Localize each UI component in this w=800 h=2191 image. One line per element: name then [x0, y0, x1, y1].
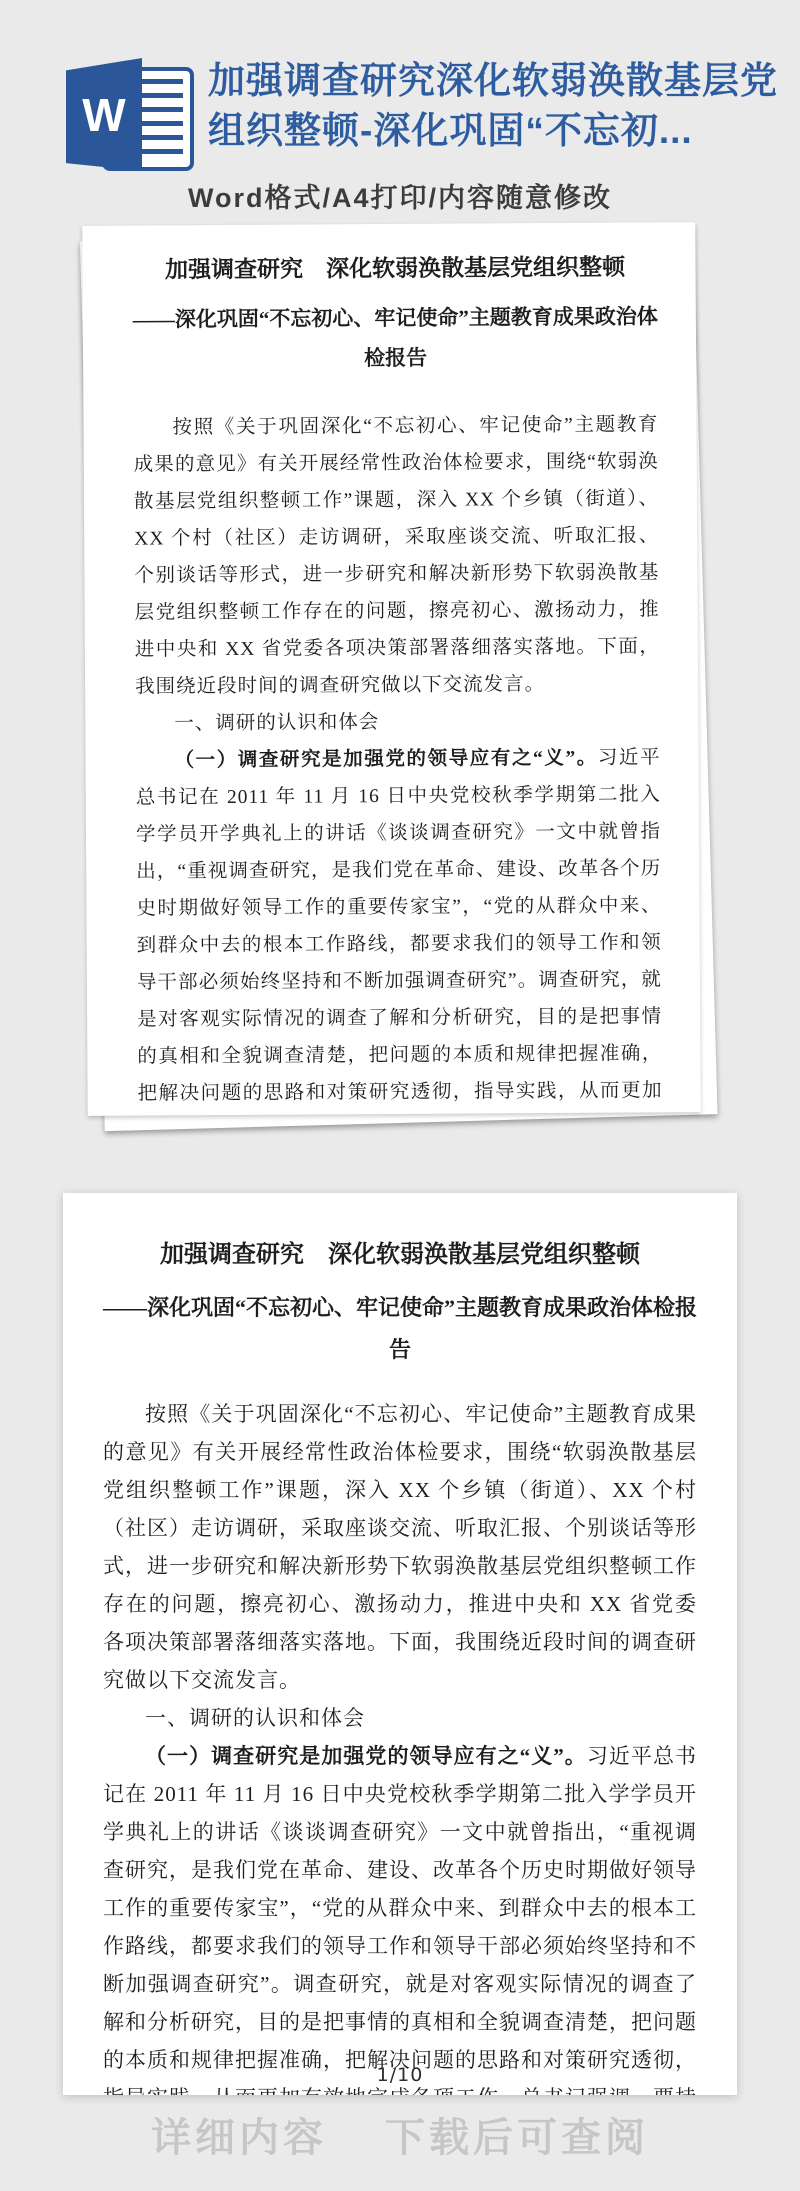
footer-note: 详细内容下载后可查阅	[0, 2106, 800, 2163]
header-subtitle: Word格式/A4打印/内容随意修改	[0, 176, 800, 215]
document-paragraph-1: 按照《关于巩固深化“不忘初心、牢记使命”主题教育成果的意见》有关开展经常性政治体…	[133, 406, 660, 705]
document-title: 加强调查研究 深化软弱涣散基层党组织整顿	[132, 250, 657, 287]
paragraph-2-body: 习近平总书记在 2011 年 11 月 16 日中央党校秋季学期第二批入学学员开…	[103, 1744, 697, 2095]
word-icon-letter: W	[82, 92, 125, 138]
word-icon-cover: W	[66, 58, 142, 171]
document-paragraph-2: （一）调查研究是加强党的领导应有之“义”。习近平总书记在 2011 年 11 月…	[103, 1737, 697, 2095]
document-section-heading: 一、调研的认识和体会	[103, 1699, 697, 1737]
document-section-heading: 一、调研的认识和体会	[135, 702, 660, 742]
document-paragraph-1: 按照《关于巩固深化“不忘初心、牢记使命”主题教育成果的意见》有关开展经常性政治体…	[103, 1395, 697, 1699]
document-title: 加强调查研究 深化软弱涣散基层党组织整顿	[103, 1237, 697, 1273]
page-number: 1/10	[63, 2064, 737, 2086]
word-file-icon: W	[66, 58, 194, 171]
paragraph-2-lead: （一）调查研究是加强党的领导应有之“义”。	[174, 748, 597, 772]
page-title: 加强调查研究深化软弱涣散基层党组织整顿-深化巩固“不忘初...	[208, 56, 786, 156]
footer-note-right: 下载后可查阅	[385, 2116, 649, 2160]
paragraph-2-lead: （一）调查研究是加强党的领导应有之“义”。	[145, 1744, 587, 1768]
document-subtitle: ——深化巩固“不忘初心、牢记使命”主题教育成果政治体检报告	[133, 296, 658, 379]
paragraph-2-body: 习近平总书记在 2011 年 11 月 16 日中央党校秋季学期第二批入学学员开…	[136, 747, 663, 1116]
document-preview-page[interactable]: 加强调查研究 深化软弱涣散基层党组织整顿 ——深化巩固“不忘初心、牢记使命”主题…	[63, 1193, 737, 2095]
paper-sheet-front[interactable]: 加强调查研究 深化软弱涣散基层党组织整顿 ——深化巩固“不忘初心、牢记使命”主题…	[82, 222, 700, 1116]
footer-note-left: 详细内容	[151, 2116, 327, 2160]
document-preview-stack[interactable]: 加强调查研究 深化软弱涣散基层党组织整顿 ——深化巩固“不忘初心、牢记使命”主题…	[85, 224, 698, 1114]
document-paragraph-2: （一）调查研究是加强党的领导应有之“义”。习近平总书记在 2011 年 11 月…	[135, 739, 663, 1116]
document-subtitle: ——深化巩固“不忘初心、牢记使命”主题教育成果政治体检报告	[103, 1287, 697, 1371]
